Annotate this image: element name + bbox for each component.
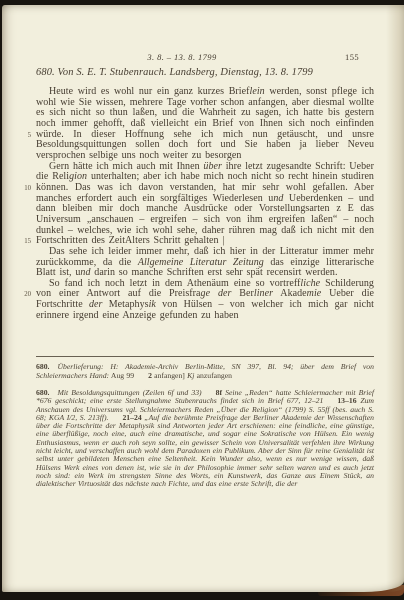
text-run: nd (80, 267, 90, 278)
apparatus-commentary: 680.Mit Besoldungsquittungen (Zeilen 6f … (36, 389, 374, 489)
line-number: 20 (24, 291, 31, 298)
letter-heading: 680. Von S. E. T. Stubenrauch. Landsberg… (36, 67, 388, 78)
text-run: darin so manche Schriften erst sehr spät… (91, 267, 338, 278)
book-page: 3. 8. – 13. 8. 1799 155 680. Von S. E. T… (2, 5, 404, 592)
margin-line-numbers: 5101520 (17, 87, 31, 347)
line-number: 5 (28, 132, 31, 139)
apparatus-ueberlieferung: 680.Überlieferung: H: Akademie-Archiv Be… (36, 362, 374, 381)
text-run: Metaphys (102, 299, 148, 310)
text-run: 680. (36, 362, 49, 371)
line-number: 15 (24, 238, 31, 245)
header-date-range: 3. 8. – 13. 8. 1799 (36, 52, 328, 62)
book-scan-screenshot: { "colors": { "surround": "#17140f", "pa… (0, 0, 404, 600)
body-paragraph: Gern hätte ich mich auch mit Ihnen über … (36, 162, 374, 247)
text-run: mie (307, 288, 322, 299)
running-header: 3. 8. – 13. 8. 1799 155 (36, 52, 374, 64)
apparatus-divider-rule (36, 356, 374, 357)
text-run: Ber (231, 288, 253, 299)
text-run: Heute wird es wohl nur ein ganz kurzes B… (49, 86, 250, 97)
body-paragraph: Das sehe ich leider immer mehr, daß ich … (36, 247, 374, 279)
text-run: So fand ich noch letzt in dem Athenäum e… (49, 278, 300, 289)
text-run: anfangen] (152, 371, 187, 380)
body-paragraph: So fand ich noch letzt in dem Athenäum e… (36, 279, 374, 322)
text-run: Gern hätte ich mich auch mit Ihnen (49, 161, 203, 172)
text-run (210, 288, 218, 299)
text-run: der (89, 299, 102, 310)
body-paragraph: Heute wird es wohl nur ein ganz kurzes B… (36, 87, 374, 162)
text-run: Aug 99 (109, 371, 134, 380)
page-number: 155 (345, 52, 359, 62)
line-number: 10 (24, 185, 31, 192)
text-run: ik (149, 299, 156, 310)
text-run: ge (201, 288, 211, 299)
text-run: liner (254, 288, 273, 299)
text-run: über (203, 161, 222, 172)
text-run: lein (250, 86, 265, 97)
text-run: anzufangen (194, 371, 232, 380)
text-run: „Auf die berühmte Preisfrage der Berline… (36, 413, 374, 488)
text-run: gion (69, 171, 87, 182)
letter-body: Heute wird es wohl nur ein ganz kurzes B… (36, 87, 374, 321)
text-run: nd (273, 193, 283, 204)
text-run: der (218, 288, 231, 299)
text-run: Allgemeine Literatur Zeitung (138, 257, 264, 268)
text-run: liche (300, 278, 320, 289)
text-run: werden, sonst pflege ich wohl wie Sie wi… (36, 86, 374, 161)
text-run: Akade (273, 288, 307, 299)
